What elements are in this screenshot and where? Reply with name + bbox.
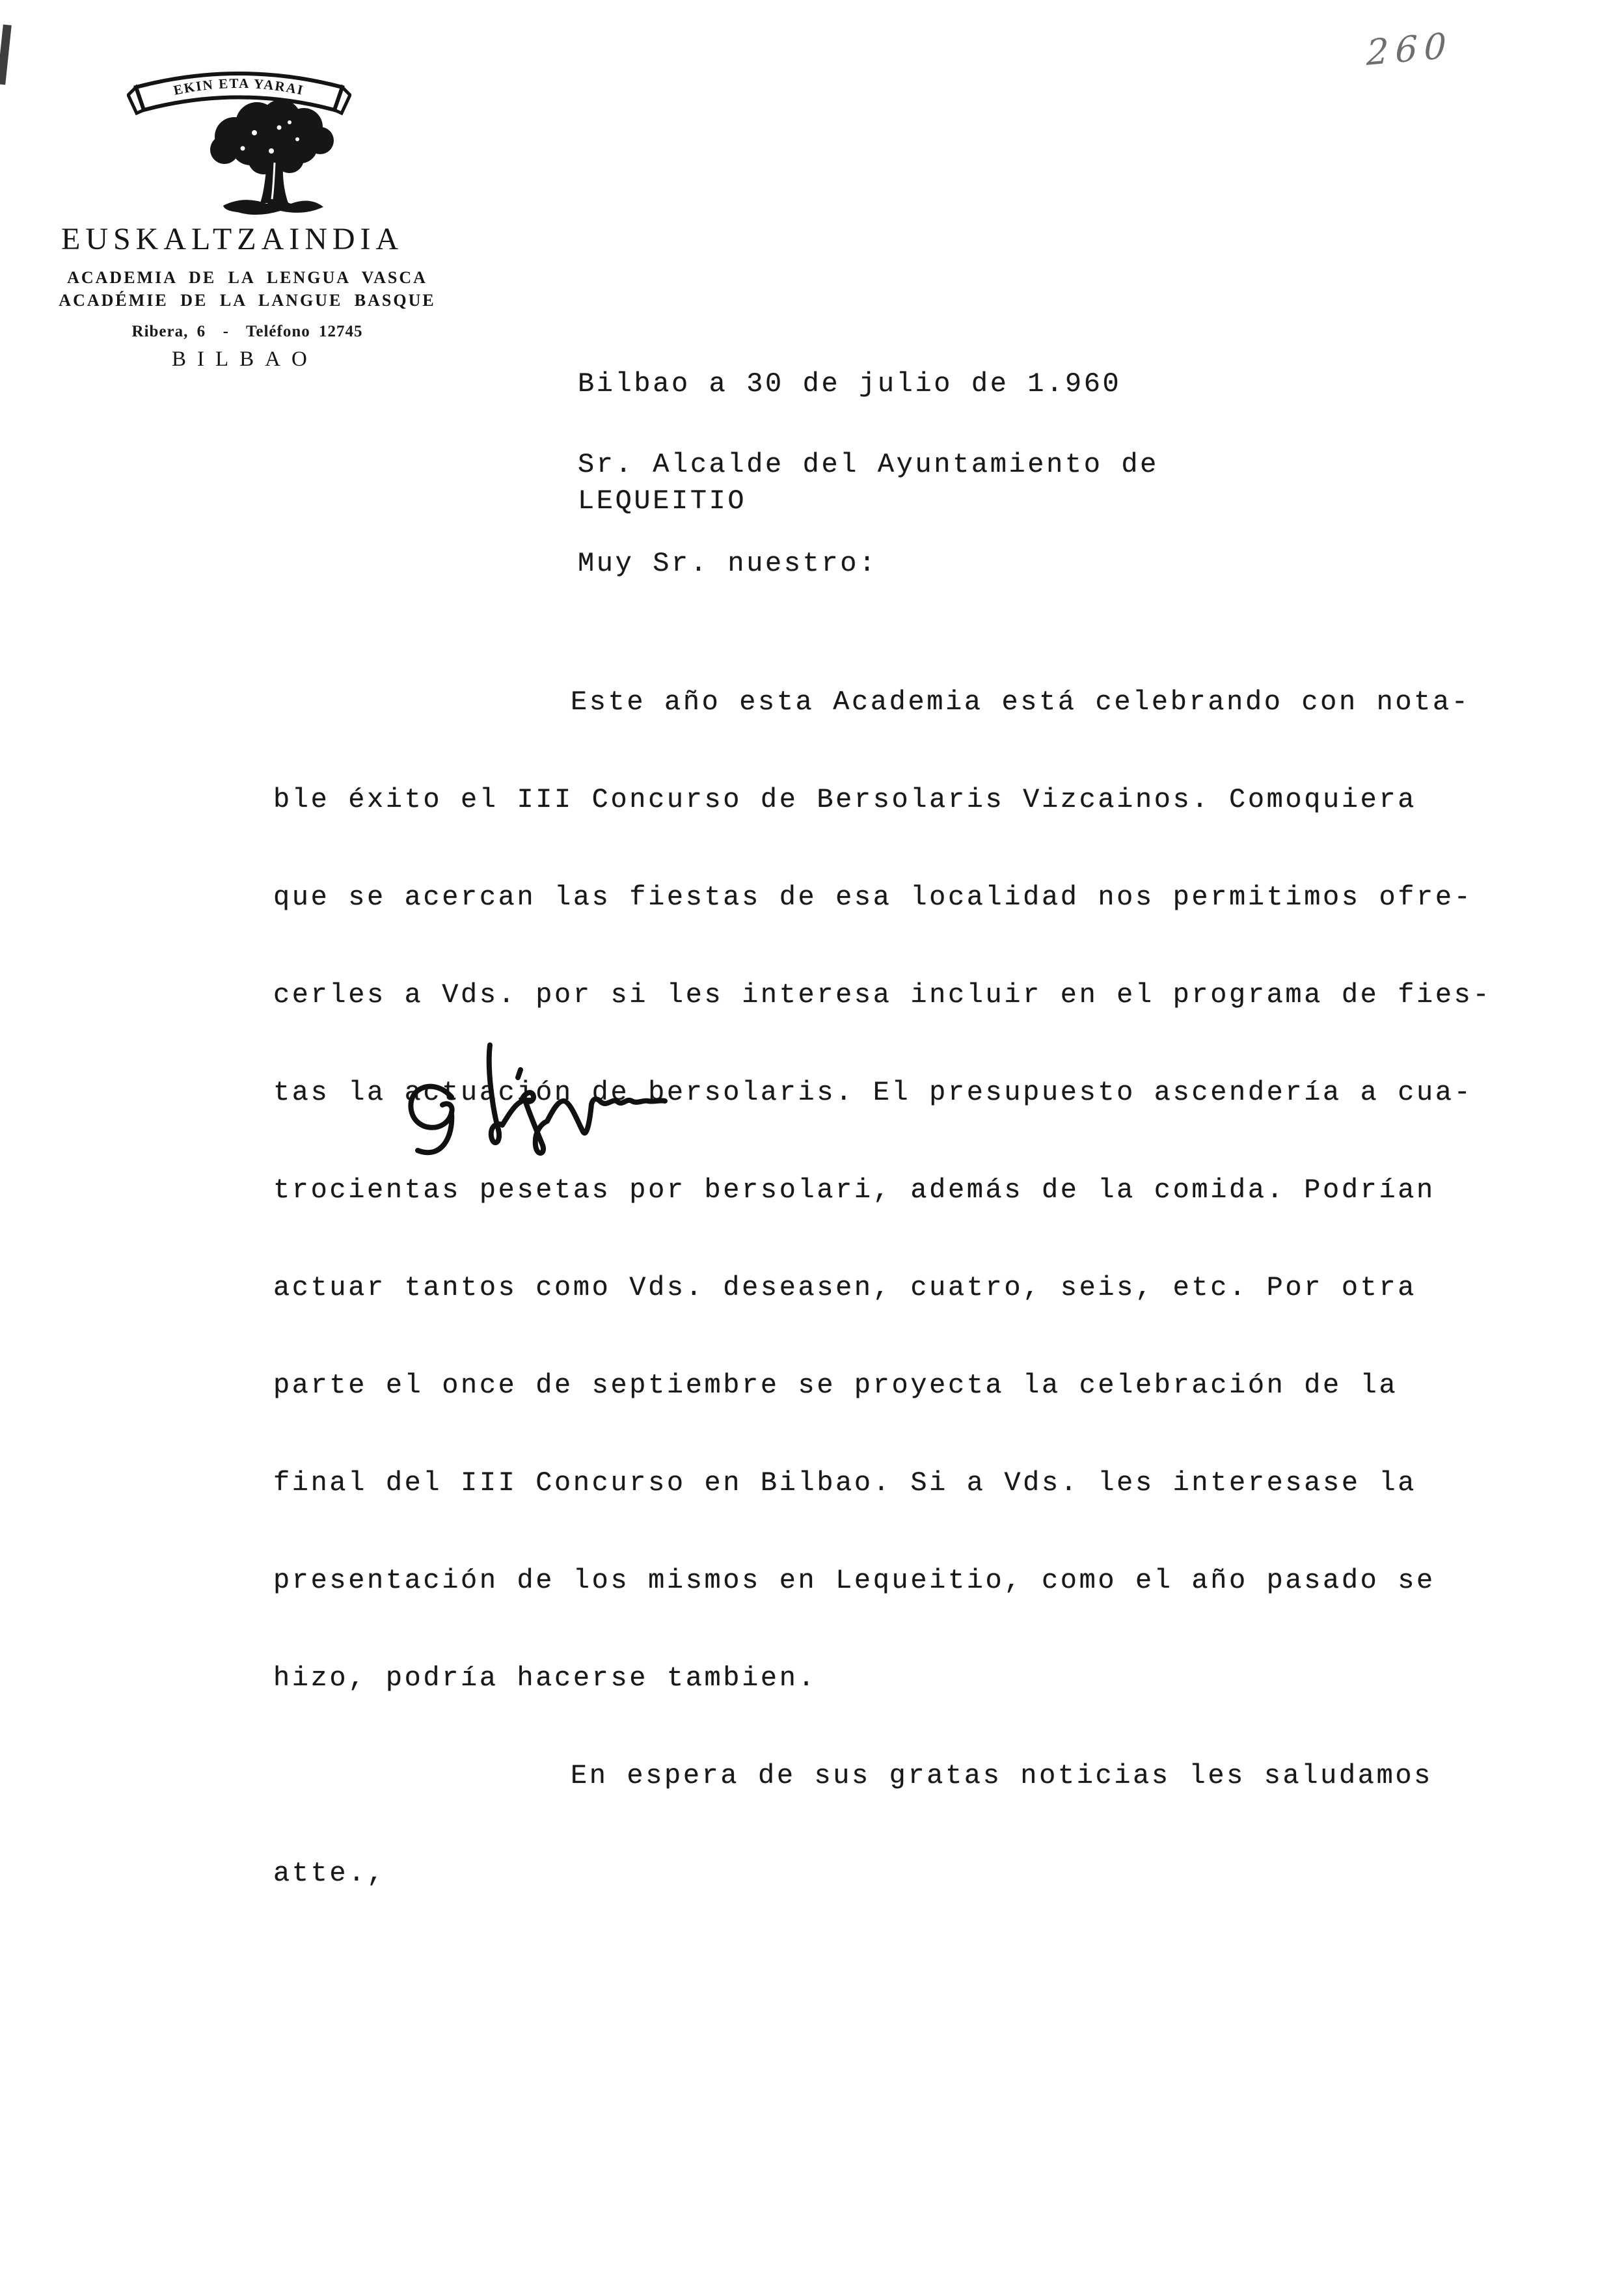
recipient-line: Sr. Alcalde del Ayuntamiento de: [578, 449, 1159, 480]
euskaltzaindia-tree-logo: EKIN ETA YARAI: [127, 60, 351, 221]
closing-line: En espera de sus gratas noticias les sal…: [273, 1758, 1522, 1793]
pencil-page-number: 260: [1366, 25, 1454, 74]
org-city: BILBAO: [172, 347, 318, 372]
body-line: actuar tantos como Vds. deseasen, cuatro…: [273, 1270, 1522, 1305]
body-line: presentación de los mismos en Lequeitio,…: [273, 1563, 1522, 1598]
org-address: Ribera, 6 - Teléfono 12745: [78, 323, 416, 341]
org-name: EUSKALTZAINDIA: [61, 221, 432, 257]
org-subtitle-french: ACADÉMIE DE LA LANGUE BASQUE: [52, 291, 442, 310]
dateline: Bilbao a 30 de julio de 1.960: [578, 368, 1121, 400]
scanned-letter-page: 260 EKIN ETA YARAI: [0, 0, 1624, 2282]
signature-strokes: [411, 1045, 665, 1153]
body-line: que se acercan las fiestas de esa locali…: [273, 880, 1522, 915]
letter-body: Este año esta Academia está celebrando c…: [273, 622, 1522, 1953]
signature: [388, 1039, 700, 1178]
closing-abbrev: atte.,: [273, 1856, 1522, 1891]
body-line: hizo, podría hacerse tambien.: [273, 1661, 1522, 1696]
body-line: Este año esta Academia está celebrando c…: [273, 685, 1522, 720]
org-subtitle-spanish: ACADEMIA DE LA LENGUA VASCA: [52, 268, 442, 288]
body-line: parte el once de septiembre se proyecta …: [273, 1368, 1522, 1403]
tree-ground: [223, 200, 323, 215]
recipient-city: LEQUEITIO: [578, 485, 746, 517]
scan-artifact: [0, 25, 12, 85]
salutation: Muy Sr. nuestro:: [578, 548, 878, 579]
body-line: cerles a Vds. por si les interesa inclui…: [273, 977, 1522, 1012]
body-line: final del III Concurso en Bilbao. Si a V…: [273, 1465, 1522, 1501]
body-line: ble éxito el III Concurso de Bersolaris …: [273, 782, 1522, 817]
